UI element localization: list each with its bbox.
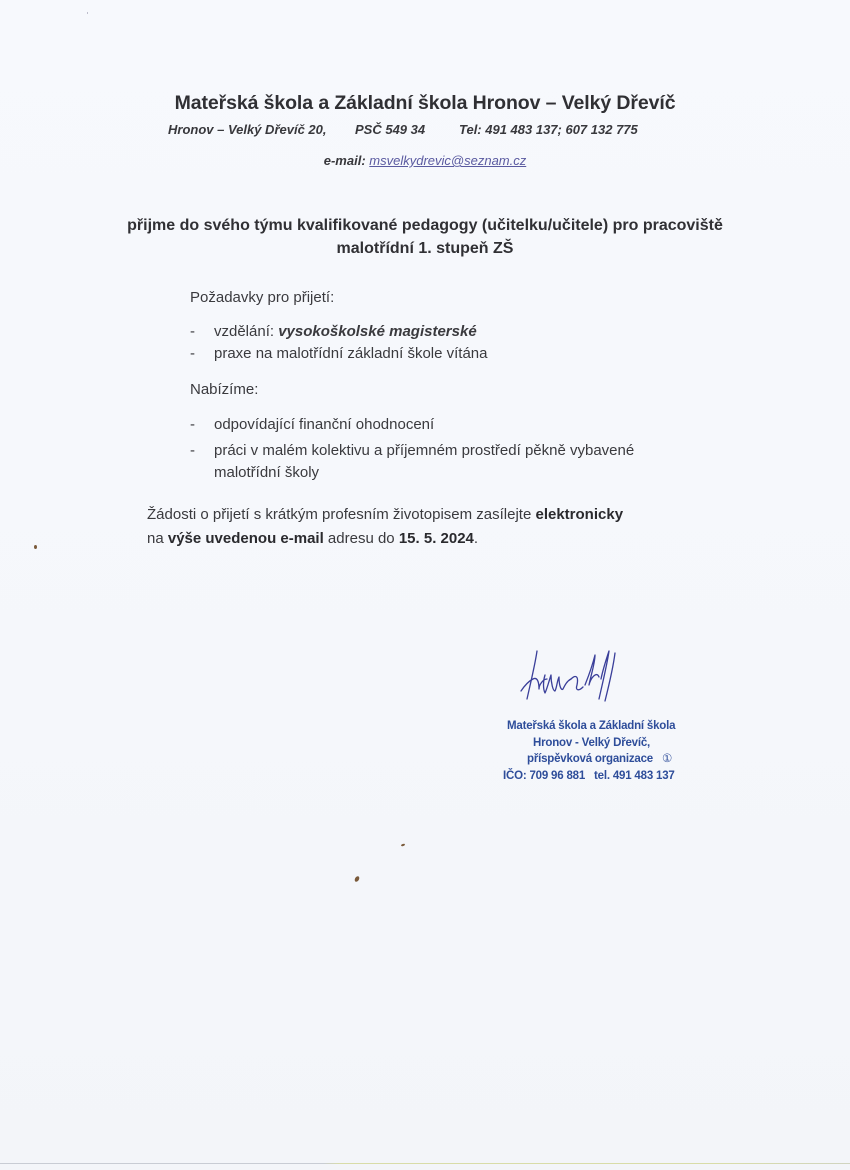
stamp-ico: IČO: 709 96 881 xyxy=(503,770,585,782)
paper-speck xyxy=(34,545,37,549)
stamp-line-organization: příspěvková organizace ① xyxy=(503,751,703,768)
phone-numbers: Tel: 491 483 137; 607 132 775 xyxy=(459,122,638,137)
email-label: e-mail: xyxy=(324,153,366,168)
paper-speck xyxy=(354,875,360,882)
school-address: Hronov – Velký Dřevíč 20, xyxy=(168,122,327,137)
closing-emphasis-method: elektronicky xyxy=(535,506,623,523)
bullet-dash: - xyxy=(190,321,195,342)
job-headline-line1: přijme do svého týmu kvalifikované pedag… xyxy=(0,214,850,237)
school-name-heading: Mateřská škola a Základní škola Hronov –… xyxy=(0,92,850,115)
email-line: e-mail: msvelkydrevic@seznam.cz xyxy=(0,153,850,168)
paper-speck xyxy=(87,12,88,14)
stamp-tel: tel. 491 483 137 xyxy=(594,770,675,782)
bullet-dash: - xyxy=(190,343,195,364)
application-instructions: Žádosti o přijetí s krátkým profesním ži… xyxy=(147,503,623,551)
closing-deadline: 15. 5. 2024 xyxy=(399,530,474,547)
requirement-prefix: vzdělání: xyxy=(214,323,278,340)
stamp-org-text: příspěvková organizace xyxy=(527,753,653,765)
paper-speck xyxy=(401,843,405,846)
scan-edge-line xyxy=(0,1163,850,1164)
offer-text: práci v malém kolektivu a příjemném pros… xyxy=(214,440,634,461)
closing-text: adresu do xyxy=(324,530,399,547)
closing-text: na xyxy=(147,530,168,547)
bullet-dash: - xyxy=(190,440,195,461)
document-page: Mateřská škola a Základní škola Hronov –… xyxy=(0,0,850,1170)
requirements-label: Požadavky pro přijetí: xyxy=(190,289,334,306)
official-stamp: Mateřská škola a Základní škola Hronov -… xyxy=(503,718,703,784)
stamp-line-school: Mateřská škola a Základní škola xyxy=(503,718,703,735)
offer-text: odpovídající finanční ohodnocení xyxy=(214,414,434,435)
bullet-dash: - xyxy=(190,414,195,435)
stamp-line-ids: IČO: 709 96 881 tel. 491 483 137 xyxy=(503,768,703,785)
closing-text: Žádosti o přijetí s krátkým profesním ži… xyxy=(147,506,535,523)
requirement-emphasis: vysokoškolské magisterské xyxy=(278,323,476,340)
requirement-text: praxe na malotřídní základní škole vítán… xyxy=(214,343,488,364)
offer-label: Nabízíme: xyxy=(190,381,258,398)
circled-one-icon: ① xyxy=(662,753,672,765)
postal-code: PSČ 549 34 xyxy=(355,122,425,137)
offer-text-continuation: malotřídní školy xyxy=(214,462,319,483)
job-headline-line2: malotřídní 1. stupeň ZŠ xyxy=(0,237,850,260)
job-headline: přijme do svého týmu kvalifikované pedag… xyxy=(0,214,850,260)
handwritten-signature xyxy=(515,645,665,705)
closing-text: . xyxy=(474,530,478,547)
stamp-line-location: Hronov - Velký Dřevíč, xyxy=(503,735,703,752)
email-link[interactable]: msvelkydrevic@seznam.cz xyxy=(369,153,526,168)
closing-emphasis-email: výše uvedenou e-mail xyxy=(168,530,324,547)
